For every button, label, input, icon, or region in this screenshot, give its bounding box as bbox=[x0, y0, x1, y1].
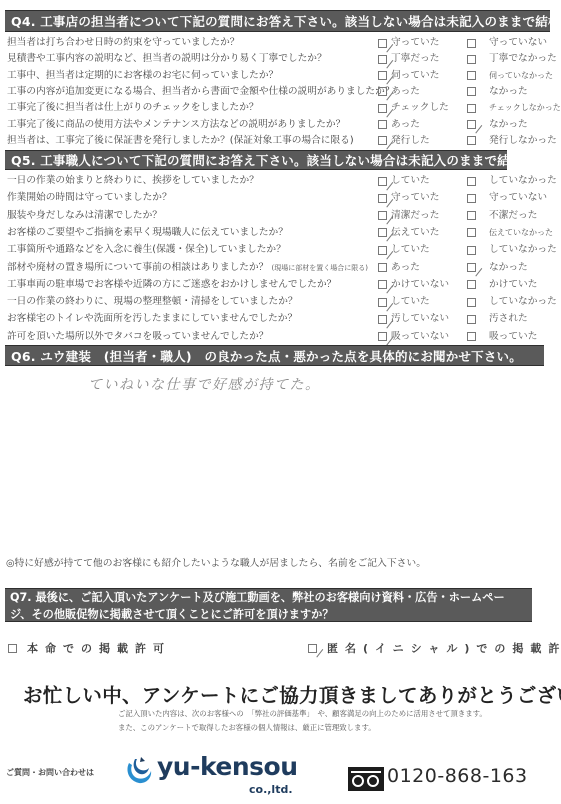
option-positive[interactable]: 丁寧だった bbox=[378, 50, 439, 68]
question-text: 服装や身だしなみは清潔でしたか？ bbox=[7, 207, 162, 225]
option-negative-label: 伝えていなかった bbox=[489, 224, 553, 242]
checkbox-checked-icon[interactable] bbox=[467, 120, 476, 129]
option-positive[interactable]: あった bbox=[378, 116, 420, 134]
option-negative-label: かけていた bbox=[489, 276, 537, 294]
question-text: 工事中、担当者は定期的にお客様のお宅に伺っていましたか？ bbox=[7, 67, 278, 85]
question-row: お客様のご要望やご指摘を素早く現場職人に伝えていましたか？伝えていた伝えていなか… bbox=[7, 224, 557, 242]
checkbox-checked-icon[interactable] bbox=[378, 332, 387, 341]
question-row: 工事箇所や通路などを入念に養生(保護・保全)していましたか？していたしていなかっ… bbox=[7, 241, 557, 259]
question-label: 作業開始の時間は守っていましたか？ bbox=[7, 192, 172, 203]
option-negative-label: 丁寧でなかった bbox=[489, 50, 557, 68]
question-row: 一日の作業の始まりと終わりに、挨拶をしていましたか？していたしていなかった bbox=[7, 172, 557, 190]
logo-subtext: co.,ltd. bbox=[249, 783, 293, 796]
checkbox-checked-icon[interactable] bbox=[378, 280, 387, 289]
option-positive-label: 吸っていない bbox=[391, 328, 449, 346]
question-label: 工事の内容が追加変更になる場合、担当者から書面で金額や仕様の説明がありましたか？ bbox=[7, 86, 395, 97]
question-text: 工事完了後に商品の使用方法やメンテナンス方法などの説明がありましたか？ bbox=[7, 116, 345, 134]
question-text: お客様宅のトイレや洗面所を汚したままにしていませんでしたか？ bbox=[7, 310, 297, 328]
checkbox-unchecked-icon[interactable] bbox=[467, 177, 476, 186]
checkbox-unchecked-icon[interactable] bbox=[467, 315, 476, 324]
option-negative[interactable]: なかった bbox=[467, 83, 528, 101]
question-row: 担当者は打ち合わせ日時の約束を守っていましたか？守っていた守っていない bbox=[7, 34, 557, 52]
option-negative-label: 不潔だった bbox=[489, 207, 537, 225]
question-row: 作業開始の時間は守っていましたか？守っていた守っていない bbox=[7, 189, 557, 207]
question-text: お客様のご要望やご指摘を素早く現場職人に伝えていましたか？ bbox=[7, 224, 288, 242]
question-row: 服装や身だしなみは清潔でしたか？清潔だった不潔だった bbox=[7, 207, 557, 225]
checkbox-unchecked-icon[interactable] bbox=[467, 136, 476, 145]
checkbox-checked-icon[interactable] bbox=[378, 246, 387, 255]
contact-label: ご質問・お問い合わせは bbox=[6, 767, 94, 778]
question-label: 工事完了後に担当者は仕上がりのチェックをしましたか？ bbox=[7, 102, 259, 113]
option-negative-label: していなかった bbox=[489, 293, 557, 311]
option-positive[interactable]: 守っていた bbox=[378, 189, 439, 207]
option-negative[interactable]: 吸っていた bbox=[467, 328, 537, 346]
question-text: 担当者は打ち合わせ日時の約束を守っていましたか？ bbox=[7, 34, 240, 52]
question-row: お客様宅のトイレや洗面所を汚したままにしていませんでしたか？汚していない汚された bbox=[7, 310, 557, 328]
question-row: 許可を頂いた場所以外でタバコを吸っていませんでしたか？吸っていない吸っていた bbox=[7, 328, 557, 346]
question-row: 工事完了後に商品の使用方法やメンテナンス方法などの説明がありましたか？あったなか… bbox=[7, 116, 557, 134]
option-positive[interactable]: あった bbox=[378, 259, 420, 277]
checkbox-checked-icon[interactable] bbox=[378, 298, 387, 307]
q6-recommend-note: ◎特に好感が持てて他のお客様にも紹介したいような職人が居ましたら、名前をご記入下… bbox=[6, 555, 426, 569]
question-label: 見積書や工事内容の説明など、担当者の説明は分かり易く丁寧でしたか？ bbox=[7, 53, 327, 64]
option-negative[interactable]: 守っていない bbox=[467, 189, 547, 207]
question-label: 服装や身だしなみは清潔でしたか？ bbox=[7, 210, 162, 221]
option-positive-label: 汚していない bbox=[391, 310, 449, 328]
option-negative-label: 伺っていなかった bbox=[489, 67, 553, 85]
option-positive-label: あった bbox=[391, 83, 420, 101]
option-positive[interactable]: あった bbox=[378, 83, 420, 101]
option-positive[interactable]: 発行した bbox=[378, 132, 430, 150]
option-positive[interactable]: 伝えていた bbox=[378, 224, 439, 242]
option-negative[interactable]: なかった bbox=[467, 259, 528, 277]
checkbox-checked-icon[interactable] bbox=[378, 39, 387, 48]
question-text: 担当者は、工事完了後に保証書を発行しましたか？(保証対象工事の場合に限る) bbox=[7, 132, 354, 150]
checkbox-checked-icon[interactable] bbox=[378, 87, 387, 96]
option-positive-label: 守っていた bbox=[391, 34, 439, 52]
option-negative[interactable]: していなかった bbox=[467, 241, 557, 259]
option-positive-label: あった bbox=[391, 116, 420, 134]
q5-header-text: Q5. 工事職人について下記の質問にお答え下さい。該当しない場合は未記入のままで… bbox=[11, 151, 507, 169]
logo-swirl-icon bbox=[123, 755, 155, 787]
q7-option-real-name[interactable]: 本命での掲載許可 bbox=[8, 640, 171, 656]
option-positive-label: していた bbox=[391, 293, 430, 311]
checkbox-unchecked-icon[interactable] bbox=[467, 211, 476, 220]
usage-note: ご記入頂いた内容は、次のお客様への 「弊社の評価基準」 や、顧客満足の向上のため… bbox=[118, 708, 487, 719]
question-row: 担当者は、工事完了後に保証書を発行しましたか？(保証対象工事の場合に限る)発行し… bbox=[7, 132, 557, 150]
option-negative-label: なかった bbox=[489, 116, 528, 134]
thanks-message: お忙しい中、アンケートにご協力頂きましてありがとうございました。 bbox=[23, 680, 561, 708]
option-positive[interactable]: 伺っていた bbox=[378, 67, 439, 85]
question-text: 一日の作業の終わりに、現場の整理整頓・清掃をしていましたか？ bbox=[7, 293, 298, 311]
option-positive[interactable]: 汚していない bbox=[378, 310, 449, 328]
phone-number[interactable]: 0120-868-163 bbox=[387, 765, 528, 787]
option-negative[interactable]: 守っていない bbox=[467, 34, 547, 52]
option-positive-label: 守っていた bbox=[391, 189, 439, 207]
question-text: 見積書や工事内容の説明など、担当者の説明は分かり易く丁寧でしたか？ bbox=[7, 50, 327, 68]
option-positive-label: 伝えていた bbox=[391, 224, 439, 242]
option-negative[interactable]: なかった bbox=[467, 116, 528, 134]
checkbox-checked-icon[interactable] bbox=[467, 263, 476, 272]
question-label: 担当者は、工事完了後に保証書を発行しましたか？(保証対象工事の場合に限る) bbox=[7, 135, 354, 146]
checkbox-checked-icon[interactable] bbox=[378, 55, 387, 64]
question-text: 部材や廃材の置き場所について事前の相談はありましたか？ (現場に部材を置く場合に… bbox=[7, 259, 368, 277]
option-negative-label: 発行しなかった bbox=[489, 132, 557, 150]
option-negative[interactable]: 発行しなかった bbox=[467, 132, 557, 150]
q7-header: Q7. 最後に、ご記入頂いたアンケート及び施工動画を、弊社のお客様向け資料・広告… bbox=[5, 588, 532, 622]
question-text: 工事箇所や通路などを入念に養生(保護・保全)していましたか？ bbox=[7, 241, 286, 259]
question-text: 工事車両の駐車場でお客様や近隣の方にご迷惑をおかけしませんでしたか？ bbox=[7, 276, 336, 294]
option-negative-label: なかった bbox=[489, 83, 528, 101]
option-negative[interactable]: チェックしなかった bbox=[467, 99, 561, 117]
option-negative-label: 守っていない bbox=[489, 34, 547, 52]
option-negative-label: 吸っていた bbox=[489, 328, 537, 346]
option-positive-label: していた bbox=[391, 172, 430, 190]
option-negative[interactable]: していなかった bbox=[467, 293, 557, 311]
question-row: 工事完了後に担当者は仕上がりのチェックをしましたか？チェックしたチェックしなかっ… bbox=[7, 99, 557, 117]
checkbox-unchecked-icon[interactable] bbox=[8, 644, 17, 653]
checkbox-unchecked-icon[interactable] bbox=[467, 246, 476, 255]
option-positive-label: 清潔だった bbox=[391, 207, 439, 225]
option-positive-label: 発行した bbox=[391, 132, 430, 150]
checkbox-unchecked-icon[interactable] bbox=[467, 280, 476, 289]
freedial-icon bbox=[348, 767, 384, 791]
checkbox-checked-icon[interactable] bbox=[378, 177, 387, 186]
option-positive[interactable]: していた bbox=[378, 293, 430, 311]
question-text: 一日の作業の始まりと終わりに、挨拶をしていましたか？ bbox=[7, 172, 259, 190]
checkbox-unchecked-icon[interactable] bbox=[467, 71, 476, 80]
option-positive-label: あった bbox=[391, 259, 420, 277]
option-positive-label: していた bbox=[391, 241, 430, 259]
option-negative-label: 汚された bbox=[489, 310, 528, 328]
q7-header-line2: ジ、その他販促物に掲載させて頂くことにご許可を頂けますか？ bbox=[10, 606, 527, 622]
checkbox-checked-icon[interactable] bbox=[378, 194, 387, 203]
option-positive[interactable]: チェックした bbox=[378, 99, 449, 117]
checkbox-checked-icon[interactable] bbox=[378, 104, 387, 113]
q4-header: Q4. 工事店の担当者について下記の質問にお答え下さい。該当しない場合は未記入の… bbox=[5, 10, 550, 32]
option-negative-label: していなかった bbox=[489, 172, 557, 190]
q5-header: Q5. 工事職人について下記の質問にお答え下さい。該当しない場合は未記入のままで… bbox=[5, 150, 507, 170]
checkbox-unchecked-icon[interactable] bbox=[467, 298, 476, 307]
option-negative-label: チェックしなかった bbox=[489, 99, 561, 117]
question-label: 工事完了後に商品の使用方法やメンテナンス方法などの説明がありましたか？ bbox=[7, 119, 345, 130]
q7-header-line1: Q7. 最後に、ご記入頂いたアンケート及び施工動画を、弊社のお客様向け資料・広告… bbox=[10, 589, 527, 606]
question-row: 見積書や工事内容の説明など、担当者の説明は分かり易く丁寧でしたか？丁寧だった丁寧… bbox=[7, 50, 557, 68]
option-positive[interactable]: 吸っていない bbox=[378, 328, 449, 346]
checkbox-checked-icon[interactable] bbox=[378, 228, 387, 237]
question-row: 部材や廃材の置き場所について事前の相談はありましたか？ (現場に部材を置く場合に… bbox=[7, 259, 557, 277]
question-text: 工事の内容が追加変更になる場合、担当者から書面で金額や仕様の説明がありましたか？ bbox=[7, 83, 395, 101]
option-negative[interactable]: していなかった bbox=[467, 172, 557, 190]
q6-header-text: Q6. ユウ建装 (担当者・職人) の良かった点・悪かった点を具体的にお聞かせ下… bbox=[11, 347, 522, 365]
option-negative-label: 守っていない bbox=[489, 189, 547, 207]
checkbox-unchecked-icon[interactable] bbox=[467, 55, 476, 64]
question-label: 工事車両の駐車場でお客様や近隣の方にご迷惑をおかけしませんでしたか？ bbox=[7, 279, 336, 290]
checkbox-checked-icon[interactable] bbox=[308, 644, 317, 653]
option-positive[interactable]: かけていない bbox=[378, 276, 449, 294]
question-label: 一日の作業の終わりに、現場の整理整頓・清掃をしていましたか？ bbox=[7, 296, 298, 307]
checkbox-unchecked-icon[interactable] bbox=[378, 120, 387, 129]
option-positive-label: 丁寧だった bbox=[391, 50, 439, 68]
checkbox-unchecked-icon[interactable] bbox=[467, 87, 476, 96]
option-negative-label: していなかった bbox=[489, 241, 557, 259]
checkbox-checked-icon[interactable] bbox=[378, 136, 387, 145]
checkbox-checked-icon[interactable] bbox=[378, 71, 387, 80]
checkbox-unchecked-icon[interactable] bbox=[378, 263, 387, 272]
question-row: 一日の作業の終わりに、現場の整理整頓・清掃をしていましたか？していたしていなかっ… bbox=[7, 293, 557, 311]
checkbox-unchecked-icon[interactable] bbox=[467, 194, 476, 203]
option-positive[interactable]: 清潔だった bbox=[378, 207, 439, 225]
question-label: お客様のご要望やご指摘を素早く現場職人に伝えていましたか？ bbox=[7, 227, 288, 238]
checkbox-unchecked-icon[interactable] bbox=[467, 228, 476, 237]
question-label: 工事中、担当者は定期的にお客様のお宅に伺っていましたか？ bbox=[7, 70, 278, 81]
option-positive[interactable]: 守っていた bbox=[378, 34, 439, 52]
question-label: 担当者は打ち合わせ日時の約束を守っていましたか？ bbox=[7, 37, 240, 48]
option-positive[interactable]: していた bbox=[378, 241, 430, 259]
option-negative[interactable]: 伺っていなかった bbox=[467, 67, 553, 85]
q7-option-anonymous[interactable]: 匿名(イニシャル)での掲載許 bbox=[308, 640, 561, 656]
question-row: 工事の内容が追加変更になる場合、担当者から書面で金額や仕様の説明がありましたか？… bbox=[7, 83, 557, 101]
checkbox-unchecked-icon[interactable] bbox=[467, 332, 476, 341]
question-text: 許可を頂いた場所以外でタバコを吸っていませんでしたか？ bbox=[7, 328, 268, 346]
company-logo: yu-kensou co.,ltd. bbox=[123, 755, 298, 787]
checkbox-checked-icon[interactable] bbox=[378, 211, 387, 220]
option-negative[interactable]: かけていた bbox=[467, 276, 537, 294]
option-negative[interactable]: 不潔だった bbox=[467, 207, 537, 225]
checkbox-checked-icon[interactable] bbox=[378, 315, 387, 324]
option-negative[interactable]: 伝えていなかった bbox=[467, 224, 553, 242]
option-negative[interactable]: 丁寧でなかった bbox=[467, 50, 557, 68]
option-positive-label: 伺っていた bbox=[391, 67, 439, 85]
logo-text: yu-kensou bbox=[157, 755, 298, 779]
q6-handwritten-answer[interactable]: ていねいな仕事で好感が持てた。 bbox=[88, 374, 321, 394]
question-text: 作業開始の時間は守っていましたか？ bbox=[7, 189, 172, 207]
question-label: 許可を頂いた場所以外でタバコを吸っていませんでしたか？ bbox=[7, 331, 268, 342]
q7-option-anonymous-label: 匿名(イニシャル)での掲載許 bbox=[327, 640, 561, 656]
question-label: 一日の作業の始まりと終わりに、挨拶をしていましたか？ bbox=[7, 175, 259, 186]
q6-header: Q6. ユウ建装 (担当者・職人) の良かった点・悪かった点を具体的にお聞かせ下… bbox=[5, 345, 544, 366]
option-negative-label: なかった bbox=[489, 259, 528, 277]
question-row: 工事車両の駐車場でお客様や近隣の方にご迷惑をおかけしませんでしたか？かけていない… bbox=[7, 276, 557, 294]
option-positive-label: チェックした bbox=[391, 99, 449, 117]
question-label: 部材や廃材の置き場所について事前の相談はありましたか？ bbox=[7, 262, 268, 273]
option-positive-label: かけていない bbox=[391, 276, 449, 294]
checkbox-unchecked-icon[interactable] bbox=[467, 104, 476, 113]
q4-header-text: Q4. 工事店の担当者について下記の質問にお答え下さい。該当しない場合は未記入の… bbox=[11, 12, 550, 30]
question-label: お客様宅のトイレや洗面所を汚したままにしていませんでしたか？ bbox=[7, 313, 297, 324]
q7-option-real-name-label: 本命での掲載許可 bbox=[27, 640, 171, 656]
question-note: (現場に部材を置く場合に限る) bbox=[271, 264, 367, 272]
option-negative[interactable]: 汚された bbox=[467, 310, 528, 328]
privacy-note: また、このアンケートで取得したお客様の個人情報は、厳正に管理致します。 bbox=[118, 722, 376, 733]
option-positive[interactable]: していた bbox=[378, 172, 430, 190]
question-text: 工事完了後に担当者は仕上がりのチェックをしましたか？ bbox=[7, 99, 259, 117]
checkbox-unchecked-icon[interactable] bbox=[467, 39, 476, 48]
question-row: 工事中、担当者は定期的にお客様のお宅に伺っていましたか？伺っていた伺っていなかっ… bbox=[7, 67, 557, 85]
question-label: 工事箇所や通路などを入念に養生(保護・保全)していましたか？ bbox=[7, 244, 286, 255]
